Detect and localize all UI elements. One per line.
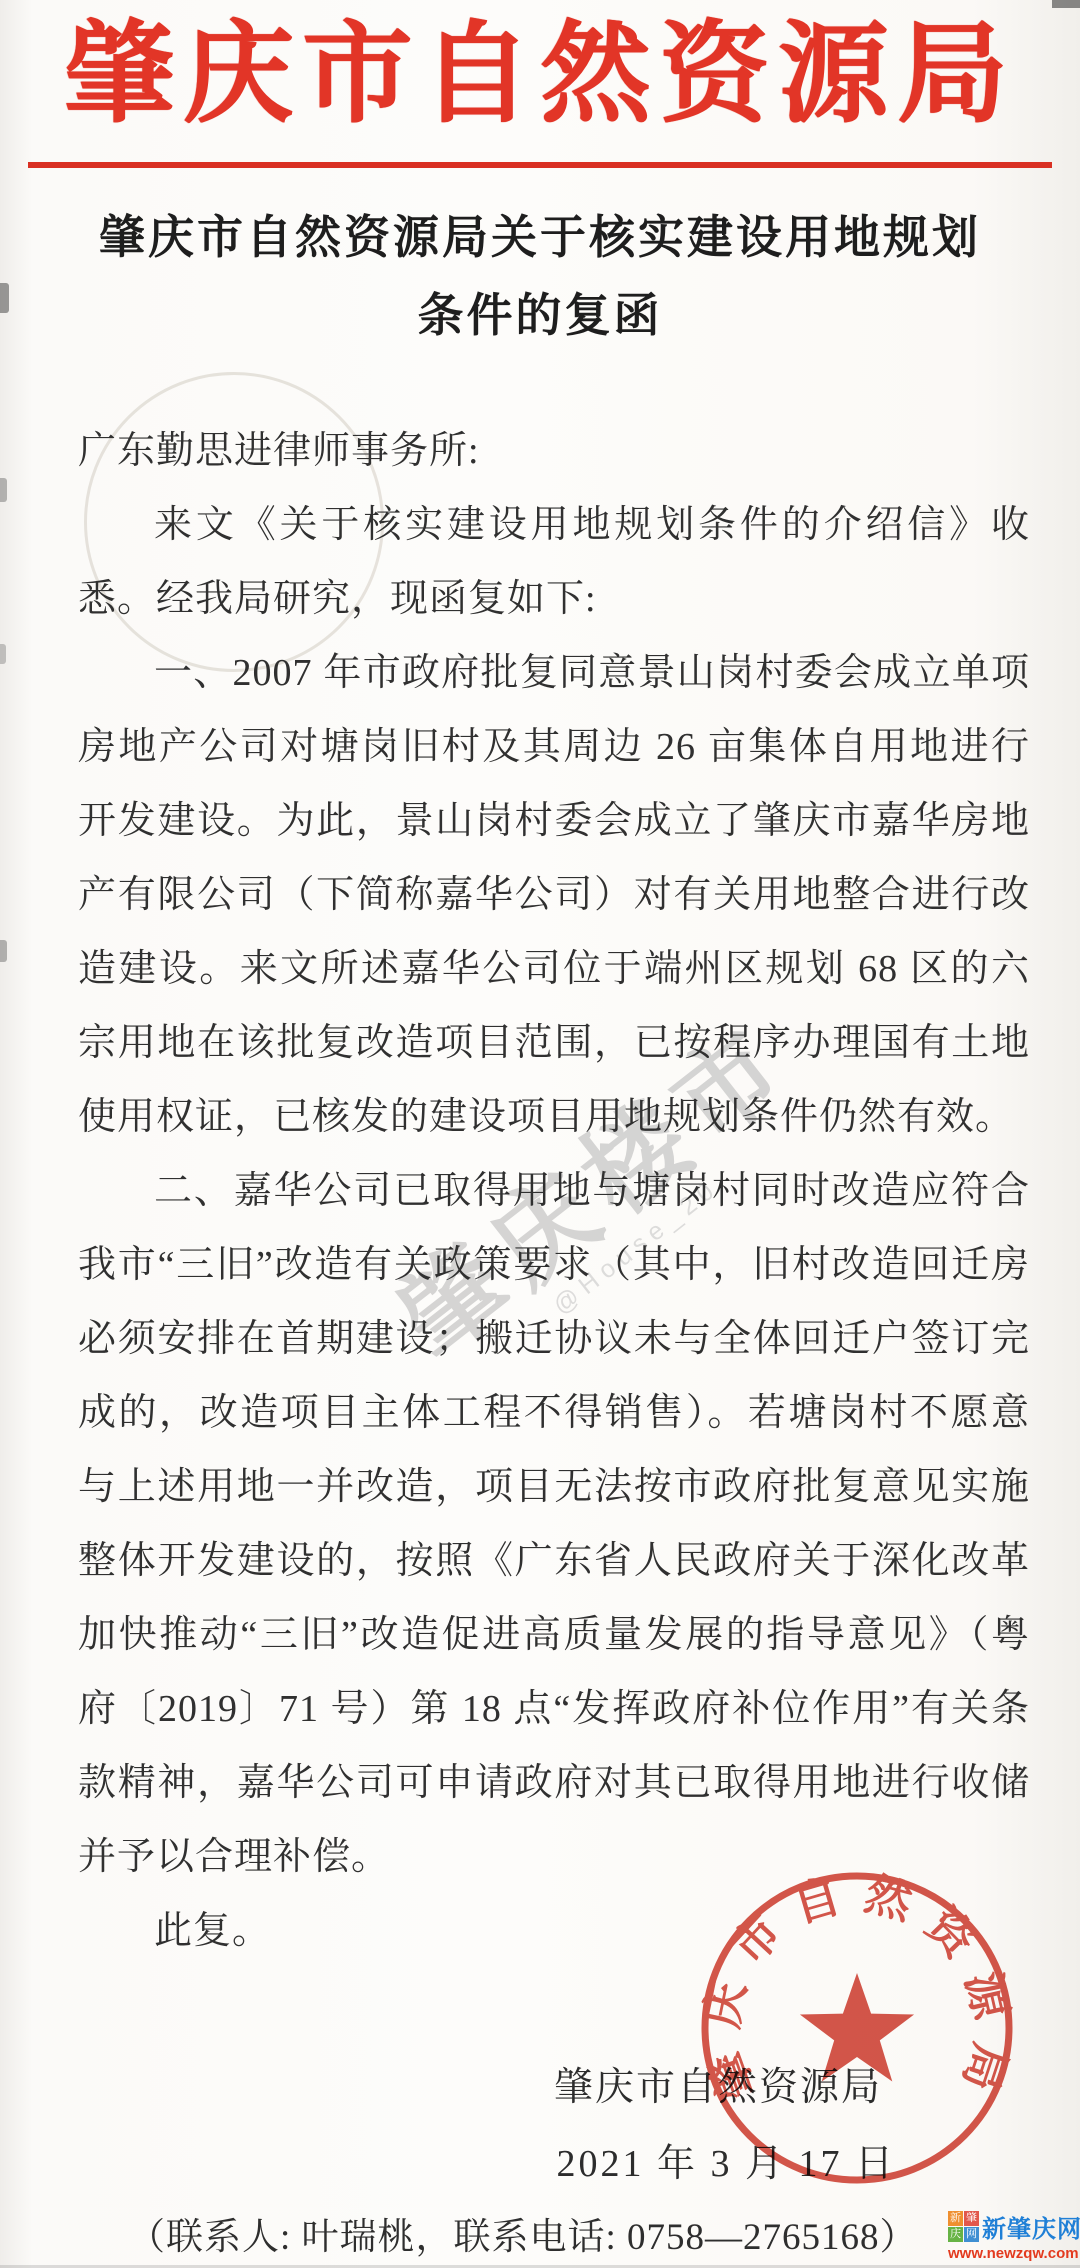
site-logo-icon: 新 肇 庆 网 [948,2211,979,2242]
official-seal: 肇庆市自然资源局 [692,1858,1022,2198]
site-url: www.newzqw.com [948,2245,1076,2262]
letter-body: 广东勤思进律师事务所: 来文《关于核实建设用地规划条件的介绍信》收悉。经我局研究… [78,414,1030,1968]
scan-smudge [0,940,7,962]
seal-star [800,1973,914,2082]
recipient-line: 广东勤思进律师事务所: [78,414,1030,488]
contact-line: （联系人: 叶瑞桃，联系电话: 0758—2765168） [128,2206,918,2260]
site-credit: 新 肇 庆 网 新肇庆网 www.newzqw.com [948,2209,1076,2262]
document-title-line1: 肇庆市自然资源局关于核实建设用地规划 [99,211,981,263]
paragraph-intro: 来文《关于核实建设用地规划条件的介绍信》收悉。经我局研究，现函复如下: [78,488,1030,636]
paragraph-one: 一、2007 年市政府批复同意景山岗村委会成立单项房地产公司对塘岗旧村及其周边 … [78,636,1030,1154]
agency-name-heading: 肇庆市自然资源局 [0,0,1080,150]
scanned-official-letter: 肇庆市自然资源局 肇庆市自然资源局关于核实建设用地规划 条件的复函 肇庆楼市 @… [0,0,1080,2268]
site-logo-tile: 网 [964,2227,979,2242]
scan-smudge [0,478,7,502]
paragraph-two: 二、嘉华公司已取得用地与塘岗村同时改造应符合我市“三旧”改造有关政策要求（其中，… [78,1154,1030,1894]
document-title-line2: 条件的复函 [418,289,663,341]
document-title: 肇庆市自然资源局关于核实建设用地规划 条件的复函 [0,198,1080,354]
site-logo-tile: 肇 [964,2211,979,2226]
site-logo-tile: 庆 [948,2227,963,2242]
site-name: 新肇庆网 [982,2209,1080,2244]
site-logo-tile: 新 [948,2211,963,2226]
scan-smudge [0,644,6,664]
letterhead-divider [28,162,1052,168]
